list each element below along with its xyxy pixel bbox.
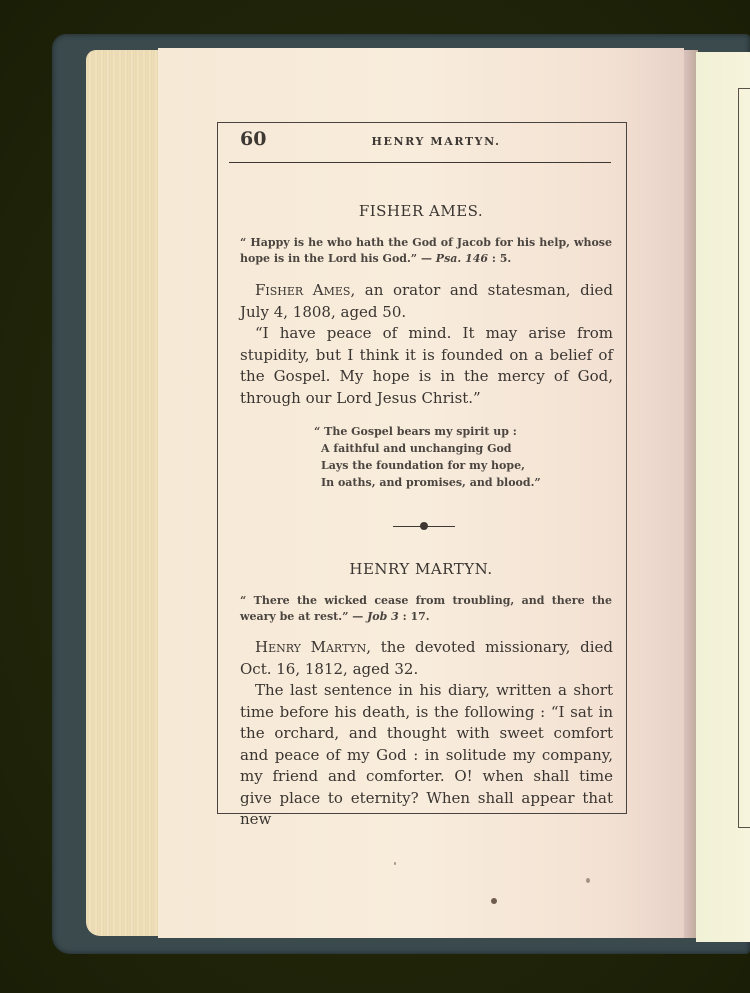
facing-page-frame xyxy=(738,88,750,828)
epigraph-text: “ Happy is he who hath the God of Jacob … xyxy=(240,236,612,265)
epigraph-fisher-ames: “ Happy is he who hath the God of Jacob … xyxy=(240,235,612,267)
name-smallcaps: Fisher Ames xyxy=(255,281,350,299)
header-rule xyxy=(229,162,611,163)
verse-block: “ The Gospel bears my spirit up : A fait… xyxy=(314,423,574,491)
paragraph-henry-martyn-bio: Henry Martyn, the devoted missionary, di… xyxy=(240,637,613,680)
paper-speck xyxy=(394,862,396,865)
reference-verse: : 5. xyxy=(488,252,511,265)
paragraph-fisher-ames-bio: Fisher Ames, an orator and statesman, di… xyxy=(240,280,613,323)
verse-line: A faithful and unchanging God xyxy=(314,440,574,457)
running-head-title: HENRY MARTYN. xyxy=(240,135,612,148)
paragraph-fisher-ames-quote: “I have peace of mind. It may arise from… xyxy=(240,323,613,409)
section-heading-henry-martyn: HENRY MARTYN. xyxy=(226,560,616,578)
section-heading-fisher-ames: FISHER AMES. xyxy=(226,202,616,220)
verse-line: In oaths, and promises, and blood.” xyxy=(314,474,574,491)
verse-line: Lays the foundation for my hope, xyxy=(314,457,574,474)
name-smallcaps: Henry Martyn xyxy=(255,638,366,656)
page-edges xyxy=(86,50,158,936)
scripture-reference: Job 3 xyxy=(367,610,399,623)
epigraph-henry-martyn: “ There the wicked cease from troubling,… xyxy=(240,593,612,625)
section-divider-ornament xyxy=(393,522,455,530)
reference-verse: : 17. xyxy=(399,610,430,623)
paper-speck xyxy=(586,878,590,883)
scripture-reference: Psa. 146 xyxy=(436,252,488,265)
paper-speck xyxy=(491,898,497,904)
verse-line: “ The Gospel bears my spirit up : xyxy=(314,423,574,440)
paragraph-henry-martyn-diary: The last sentence in his diary, written … xyxy=(240,680,613,831)
running-head: 60 HENRY MARTYN. xyxy=(240,128,612,154)
